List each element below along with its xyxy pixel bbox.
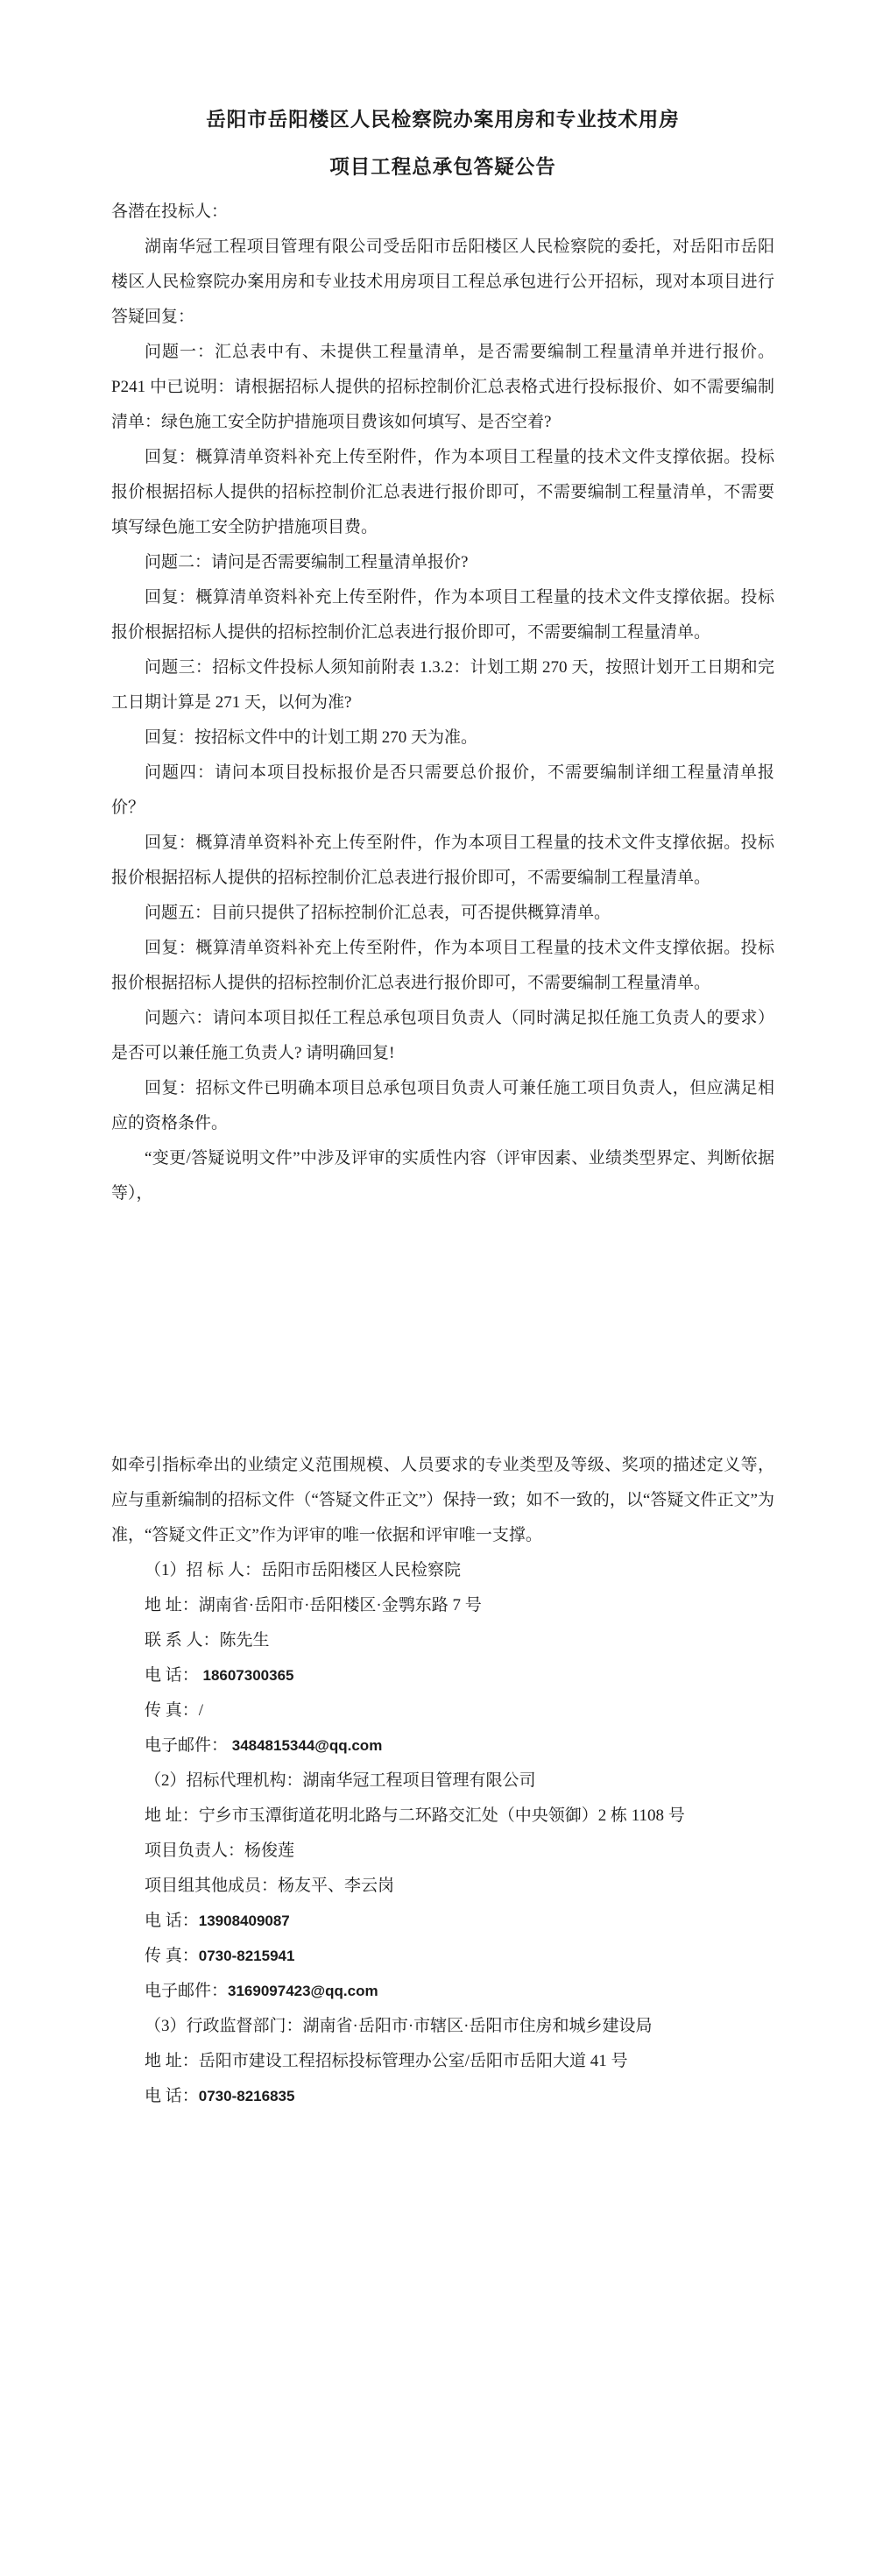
contact-line-agency-address: 地 址：宁乡市玉潭街道花明北路与二环路交汇处（中央领御）2 栋 1108 号	[111, 1799, 774, 1834]
answer-1: 回复：概算清单资料补充上传至附件，作为本项目工程量的技术文件支撑依据。投标报价根…	[111, 440, 774, 545]
contact-value: 湖南省·岳阳市·岳阳楼区·金鹗东路 7 号	[199, 1596, 482, 1614]
contact-label: 传 真：	[145, 1701, 199, 1720]
contact-value: 岳阳市岳阳楼区人民检察院	[261, 1561, 461, 1579]
contact-line-supervisor-phone: 电 话：0730-8216835	[111, 2079, 774, 2114]
document-body: 各潜在投标人： 湖南华冠工程项目管理有限公司受岳阳市岳阳楼区人民检察院的委托，对…	[111, 195, 774, 2114]
contact-value: 岳阳市建设工程招标投标管理办公室/岳阳市岳阳大道 41 号	[199, 2052, 628, 2070]
contact-label: （3）行政监督部门：	[145, 2017, 303, 2035]
contact-label: （1）招 标 人：	[145, 1561, 261, 1579]
contact-line-tenderer-address: 地 址：湖南省·岳阳市·岳阳楼区·金鹗东路 7 号	[111, 1588, 774, 1623]
document-title: 岳阳市岳阳楼区人民检察院办案用房和专业技术用房 项目工程总承包答疑公告	[111, 96, 774, 191]
contact-value: 杨友平、李云岗	[278, 1877, 394, 1895]
contact-label: 电子邮件：	[145, 1736, 228, 1755]
contact-line-tenderer-person: 联 系 人：陈先生	[111, 1623, 774, 1658]
question-5: 问题五：目前只提供了招标控制价汇总表，可否提供概算清单。	[111, 896, 774, 931]
question-3: 问题三：招标文件投标人须知前附表 1.3.2：计划工期 270 天，按照计划开工…	[111, 650, 774, 720]
contact-value: 湖南省·岳阳市·市辖区·岳阳市住房和城乡建设局	[303, 2017, 653, 2035]
contact-value: /	[199, 1701, 203, 1720]
note-paragraph-part-1: “变更/答疑说明文件”中涉及评审的实质性内容（评审因素、业绩类型界定、判断依据等…	[111, 1141, 774, 1211]
question-6: 问题六：请问本项目拟任工程总承包项目负责人（同时满足拟任施工负责人的要求）是否可…	[111, 1001, 774, 1071]
contact-label: 联 系 人：	[145, 1631, 220, 1650]
page-title-line-1: 岳阳市岳阳楼区人民检察院办案用房和专业技术用房	[111, 96, 774, 144]
contact-value: 0730-8215941	[199, 1948, 295, 1964]
contact-line-agency-phone: 电 话：13908409087	[111, 1904, 774, 1939]
contact-label: 地 址：	[145, 1596, 199, 1614]
answer-6: 回复：招标文件已明确本项目总承包项目负责人可兼任施工项目负责人，但应满足相应的资…	[111, 1071, 774, 1141]
contact-label: 项目负责人：	[145, 1842, 244, 1860]
contact-label: 电 话：	[145, 2087, 199, 2105]
contact-line-agency-manager: 项目负责人：杨俊莲	[111, 1834, 774, 1869]
contact-line-agency: （2）招标代理机构：湖南华冠工程项目管理有限公司	[111, 1763, 774, 1799]
contact-value: 18607300365	[199, 1667, 294, 1684]
contact-label: 电子邮件：	[145, 1982, 228, 2000]
contact-label: 地 址：	[145, 2052, 199, 2070]
note-paragraph-part-2: 如牵引指标牵出的业绩定义范围规模、人员要求的专业类型及等级、奖项的描述定义等，应…	[111, 1448, 774, 1553]
contact-line-tenderer-fax: 传 真：/	[111, 1693, 774, 1728]
page-break-gap	[111, 1211, 774, 1448]
contact-value: 湖南华冠工程项目管理有限公司	[303, 1771, 536, 1790]
document-page: 岳阳市岳阳楼区人民检察院办案用房和专业技术用房 项目工程总承包答疑公告 各潜在投…	[0, 96, 876, 2576]
contact-label: （2）招标代理机构：	[145, 1771, 303, 1790]
contact-line-agency-fax: 传 真：0730-8215941	[111, 1939, 774, 1974]
answer-3: 回复：按招标文件中的计划工期 270 天为准。	[111, 720, 774, 756]
contact-line-tenderer: （1）招 标 人：岳阳市岳阳楼区人民检察院	[111, 1553, 774, 1588]
page-title-line-2: 项目工程总承包答疑公告	[111, 144, 774, 191]
contact-line-tenderer-phone: 电 话： 18607300365	[111, 1658, 774, 1693]
contact-line-agency-team: 项目组其他成员：杨友平、李云岗	[111, 1869, 774, 1904]
contact-line-supervisor: （3）行政监督部门：湖南省·岳阳市·市辖区·岳阳市住房和城乡建设局	[111, 2009, 774, 2044]
question-1: 问题一：汇总表中有、未提供工程量清单，是否需要编制工程量清单并进行报价。P241…	[111, 335, 774, 440]
answer-5: 回复：概算清单资料补充上传至附件，作为本项目工程量的技术文件支撑依据。投标报价根…	[111, 931, 774, 1001]
contact-line-tenderer-email: 电子邮件： 3484815344@qq.com	[111, 1728, 774, 1763]
contact-value: 杨俊莲	[244, 1842, 294, 1860]
question-2: 问题二：请问是否需要编制工程量清单报价?	[111, 545, 774, 580]
contact-label: 电 话：	[145, 1912, 199, 1930]
contact-value: 13908409087	[199, 1912, 290, 1929]
contact-line-supervisor-address: 地 址：岳阳市建设工程招标投标管理办公室/岳阳市岳阳大道 41 号	[111, 2044, 774, 2079]
contact-value: 3484815344@qq.com	[228, 1737, 382, 1754]
answer-2: 回复：概算清单资料补充上传至附件，作为本项目工程量的技术文件支撑依据。投标报价根…	[111, 580, 774, 650]
answer-4: 回复：概算清单资料补充上传至附件，作为本项目工程量的技术文件支撑依据。投标报价根…	[111, 826, 774, 896]
question-4: 问题四：请问本项目投标报价是否只需要总价报价，不需要编制详细工程量清单报价？	[111, 756, 774, 826]
contact-line-agency-email: 电子邮件：3169097423@qq.com	[111, 1974, 774, 2009]
contact-label: 项目组其他成员：	[145, 1877, 278, 1895]
contact-value: 0730-8216835	[199, 2088, 295, 2104]
contact-value: 3169097423@qq.com	[228, 1983, 378, 1999]
intro-paragraph: 湖南华冠工程项目管理有限公司受岳阳市岳阳楼区人民检察院的委托，对岳阳市岳阳楼区人…	[111, 230, 774, 335]
contact-value: 陈先生	[220, 1631, 270, 1650]
salutation: 各潜在投标人：	[111, 195, 774, 230]
contact-value: 宁乡市玉潭街道花明北路与二环路交汇处（中央领御）2 栋 1108 号	[199, 1806, 685, 1825]
contact-label: 传 真：	[145, 1947, 199, 1965]
contact-label: 地 址：	[145, 1806, 199, 1825]
contact-label: 电 话：	[145, 1666, 199, 1685]
